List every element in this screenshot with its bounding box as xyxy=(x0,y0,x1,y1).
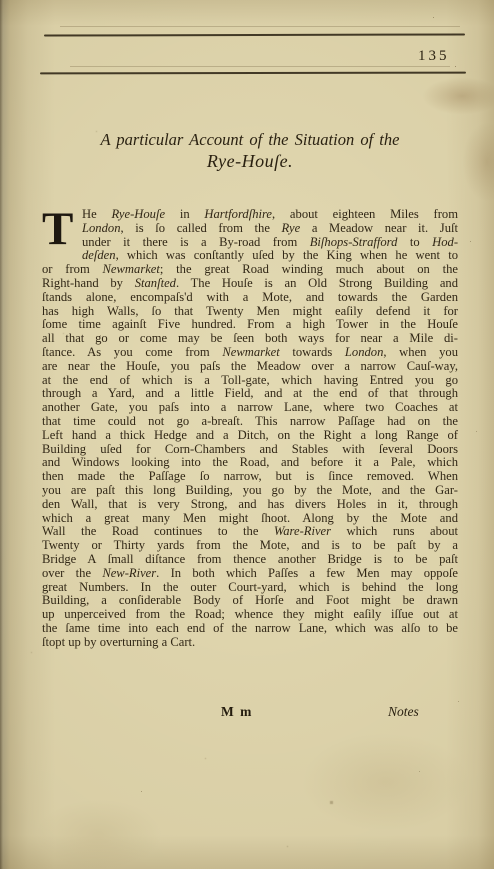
chapter-title-line1: A particular Account of the Situation of… xyxy=(42,129,458,150)
text-line: ſtopt up by overturning a Cart. xyxy=(42,636,458,650)
text-line: over the New-River. In both which Paſſes… xyxy=(42,567,458,581)
page-number: 135 xyxy=(418,48,450,65)
text-line: under it there is a By-road from Biſhops… xyxy=(82,236,458,250)
signature-mark: M m xyxy=(221,704,253,720)
book-page: 135 A particular Account of the Situatio… xyxy=(0,0,494,869)
text-line: which a great many Men might ſhoot. Alon… xyxy=(42,512,458,526)
text-line: Building uſed for Corn-Chambers and Stab… xyxy=(42,443,458,457)
header-rule-ghost xyxy=(70,66,450,67)
text-line: Building, a conſiderable Body of Horſe a… xyxy=(42,594,458,608)
drop-cap: T xyxy=(42,209,75,251)
paper-specks xyxy=(0,0,1,1)
text-line: has high Walls, ſo that Twenty Men might… xyxy=(42,305,458,319)
text-line: Twenty or Thirty yards from the Mote, an… xyxy=(42,539,458,553)
text-line: up unperceived from the Road; whence the… xyxy=(42,608,458,622)
top-rule xyxy=(44,33,465,36)
text-line: at the end of which is a Toll-gate, whic… xyxy=(42,374,458,388)
text-line: are near the Houſe, you paſs the Meadow … xyxy=(42,360,458,374)
text-line: that time could not go a-breaſt. This na… xyxy=(42,415,458,429)
text-line: London, is ſo called from the Rye a Mead… xyxy=(82,222,458,236)
text-line: and Windows looking into the Road, and b… xyxy=(42,456,458,470)
text-line: then made the Paſſage ſo narrow, but is … xyxy=(42,470,458,484)
text-line: great Numbers. In the outer Court-yard, … xyxy=(42,581,458,595)
text-line: or from Newmarket; the great Road windin… xyxy=(42,263,458,277)
chapter-title-line2: Rye-Houſe. xyxy=(42,150,458,172)
text-line: ſome time againſt Five hundred. From a h… xyxy=(42,318,458,332)
text-line: Right-hand by Stanſted. The Houſe is an … xyxy=(42,277,458,291)
text-line: another Gate, you paſs into a narrow Lan… xyxy=(42,401,458,415)
page-footer: M m Notes xyxy=(0,704,494,724)
text-line: you are paſt this long Building, you go … xyxy=(42,484,458,498)
text-line: through a Yard, and a little Field, and … xyxy=(42,387,458,401)
text-line: ſtance. As you come from Newmarket towar… xyxy=(42,346,458,360)
text-line: the ſame time into each end of the narro… xyxy=(42,622,458,636)
text-line: den Wall, that is very Strong, and has d… xyxy=(42,498,458,512)
chapter-title: A particular Account of the Situation of… xyxy=(42,129,458,172)
text-line: deſden, which was conſtantly uſed by the… xyxy=(82,249,458,263)
top-rule-ghost xyxy=(60,26,460,27)
header-rule xyxy=(40,72,466,75)
text-line: He Rye-Houſe in Hartfordſhire, about eig… xyxy=(82,208,458,222)
text-line: all that go or come may be ſeen both way… xyxy=(42,332,458,346)
text-line: Wall the Road continues to the Ware-Rive… xyxy=(42,525,458,539)
text-line: Bridge A ſmall diſtance from thence anot… xyxy=(42,553,458,567)
catchword: Notes xyxy=(388,704,419,720)
text-line: Left hand a thick Hedge and a Ditch, on … xyxy=(42,429,458,443)
text-line: ſtands alone, encompaſs'd with a Mote, a… xyxy=(42,291,458,305)
body-text: T He Rye-Houſe in Hartfordſhire, about e… xyxy=(42,208,458,650)
